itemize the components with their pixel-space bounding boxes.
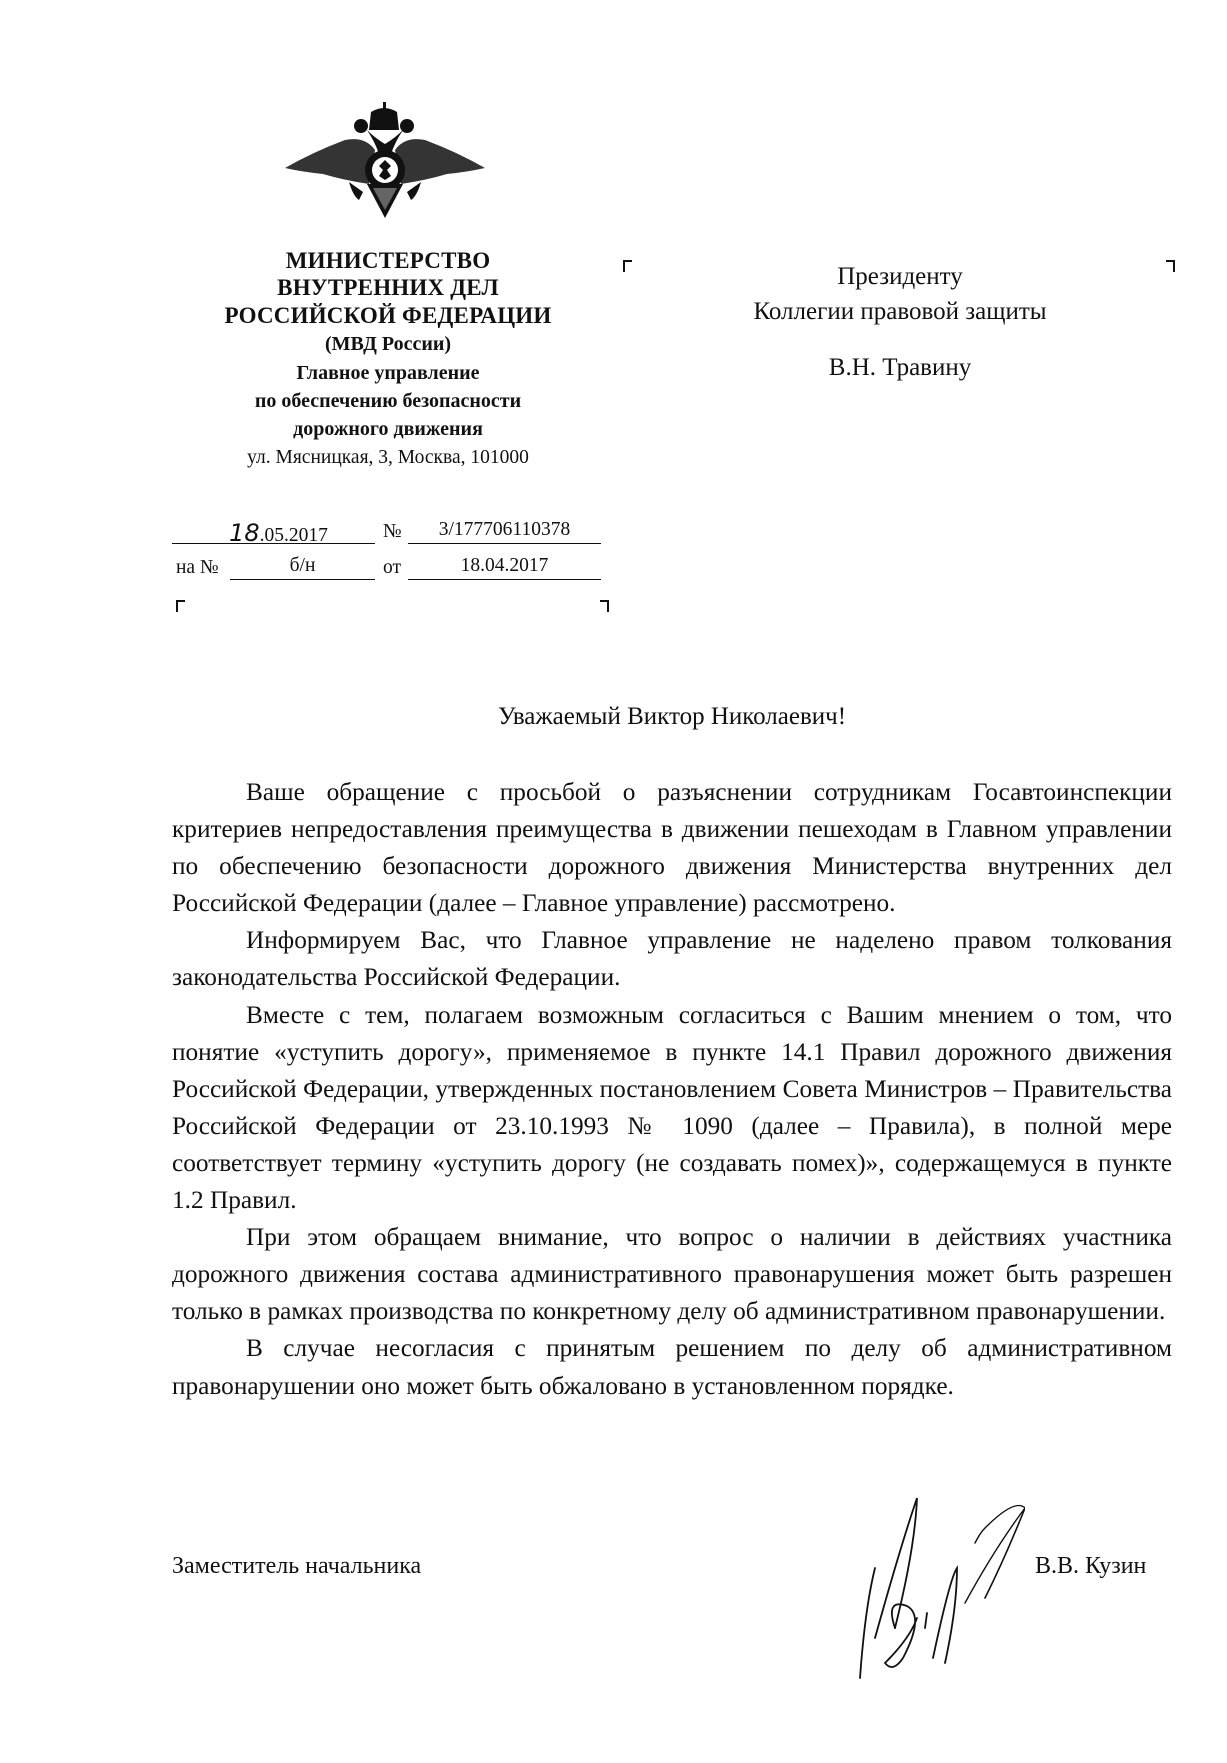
body-paragraph-1: Ваше обращение с просьбой о разъяснении … (172, 774, 1172, 922)
body-paragraph-2: Информируем Вас, что Главное управление … (172, 922, 1172, 996)
department-line-2: по обеспечению безопасности (188, 390, 588, 413)
recipient-organization: Коллегии правовой защиты (700, 298, 1100, 326)
reply-to-number: б/н (230, 555, 375, 580)
letter-body: Ваше обращение с просьбой о разъяснении … (172, 774, 1172, 1405)
corner-mark-top-left (176, 600, 185, 612)
body-paragraph-5: В случае несогласия с принятым решением … (172, 1330, 1172, 1404)
recipient-title: Президенту (700, 263, 1100, 291)
corner-mark-top-right (600, 600, 609, 612)
recipient-name: В.Н. Травину (700, 354, 1100, 382)
handwritten-day: 18 (229, 519, 260, 547)
salutation: Уважаемый Виктор Николаевич! (172, 703, 1172, 731)
ministry-abbrev: (МВД России) (188, 333, 588, 356)
mvd-emblem-icon (283, 100, 487, 220)
signatory-position: Заместитель начальника (172, 1553, 421, 1580)
outgoing-date-rest: .05.2017 (260, 525, 328, 546)
from-label: от (383, 557, 401, 579)
department-line-1: Главное управление (188, 362, 588, 385)
outgoing-number: 3/177706110378 (408, 519, 601, 544)
signatory-name: В.В. Кузин (1035, 1553, 1146, 1580)
reply-to-date: 18.04.2017 (408, 555, 601, 580)
body-paragraph-4: При этом обращаем внимание, что вопрос о… (172, 1219, 1172, 1330)
number-label: № (383, 521, 402, 543)
body-paragraph-3: Вместе с тем, полагаем возможным согласи… (172, 997, 1172, 1220)
handwritten-signature-icon (855, 1488, 1025, 1688)
reply-to-label: на № (176, 557, 219, 579)
recipient-corner-right (1166, 260, 1175, 272)
outgoing-date-field: 18.05.2017 (172, 519, 375, 544)
recipient-corner-left (623, 260, 632, 272)
ministry-line-3: РОССИЙСКОЙ ФЕДЕРАЦИИ (188, 303, 588, 329)
ministry-line-2: ВНУТРЕННИХ ДЕЛ (188, 275, 588, 301)
department-address: ул. Мясницкая, 3, Москва, 101000 (188, 447, 588, 469)
department-line-3: дорожного движения (188, 418, 588, 441)
ministry-line-1: МИНИСТЕРСТВО (188, 248, 588, 274)
